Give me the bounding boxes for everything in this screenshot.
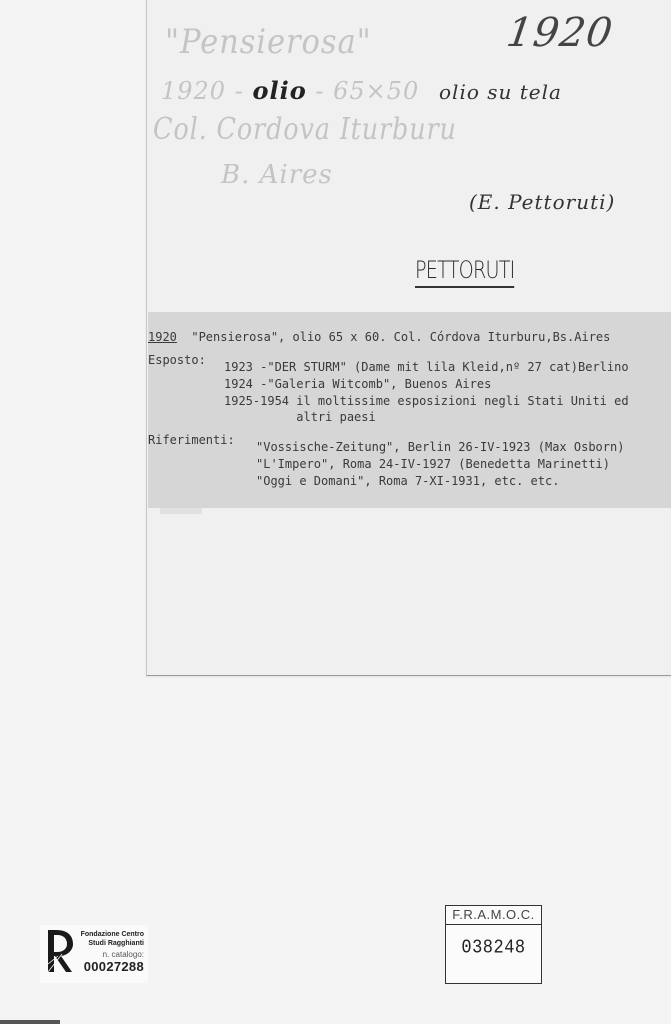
typed-catalog-label: 1920 "Pensierosa", olio 65 x 60. Col. Có… <box>148 312 671 508</box>
esposto-item: 1925-1954 il moltissime esposizioni negl… <box>224 393 629 410</box>
framoc-header: F.R.A.M.O.C. <box>446 906 541 925</box>
handwritten-city: B. Aires <box>221 160 333 190</box>
esposto-item: altri paesi <box>224 409 376 426</box>
handwritten-signature: (E. Pettoruti) <box>469 190 615 214</box>
esposto-label: Esposto: <box>148 352 206 369</box>
framoc-stamp: F.R.A.M.O.C. 038248 <box>445 905 542 984</box>
esposto-item: 1923 -"DER STURM" (Dame mit lila Kleid,n… <box>224 359 629 376</box>
handwritten-date: 1920 - <box>161 77 252 105</box>
stamp-foundation-line1: Fondazione Centro <box>81 931 144 938</box>
label-header: 1920 "Pensierosa", olio 65 x 60. Col. Có… <box>148 329 610 346</box>
scan-edge-strip <box>0 1020 60 1024</box>
handwritten-date-dimensions: 1920 - olio - 65×50 <box>161 76 419 105</box>
label-tab-remnant <box>160 508 202 514</box>
esposto-item: 1924 -"Galeria Witcomb", Buenos Aires <box>224 376 491 393</box>
stamp-foundation-line2: Studi Ragghianti <box>88 940 144 947</box>
riferimenti-label: Riferimenti: <box>148 432 235 449</box>
riferimenti-item: "L'Impero", Roma 24-IV-1927 (Benedetta M… <box>256 456 610 473</box>
riferimenti-item: "Oggi e Domani", Roma 7-XI-1931, etc. et… <box>256 473 559 490</box>
handwritten-medium-short: olio <box>252 76 306 105</box>
handwritten-collection: Col. Cordova Iturburu <box>153 112 457 147</box>
ragghianti-catalog-stamp: Fondazione Centro Studi Ragghianti n. ca… <box>40 925 148 983</box>
stamp-catalog-number: 00027288 <box>84 959 144 974</box>
stamp-catalog-label: n. catalogo: <box>103 950 144 959</box>
handwritten-dimensions: - 65×50 <box>307 77 420 105</box>
label-year: 1920 <box>148 330 177 344</box>
framoc-number: 038248 <box>446 938 541 960</box>
ragghianti-r-logo-icon <box>46 928 74 972</box>
handwritten-title: "Pensierosa" <box>165 22 372 62</box>
label-header-text: "Pensierosa", olio 65 x 60. Col. Córdova… <box>177 330 610 344</box>
handwritten-year: 1920 <box>504 10 616 56</box>
riferimenti-item: "Vossische-Zeitung", Berlin 26-IV-1923 (… <box>256 439 624 456</box>
handwritten-medium: olio su tela <box>439 80 562 104</box>
handwritten-artist-name: PETTORUTI <box>415 256 515 288</box>
